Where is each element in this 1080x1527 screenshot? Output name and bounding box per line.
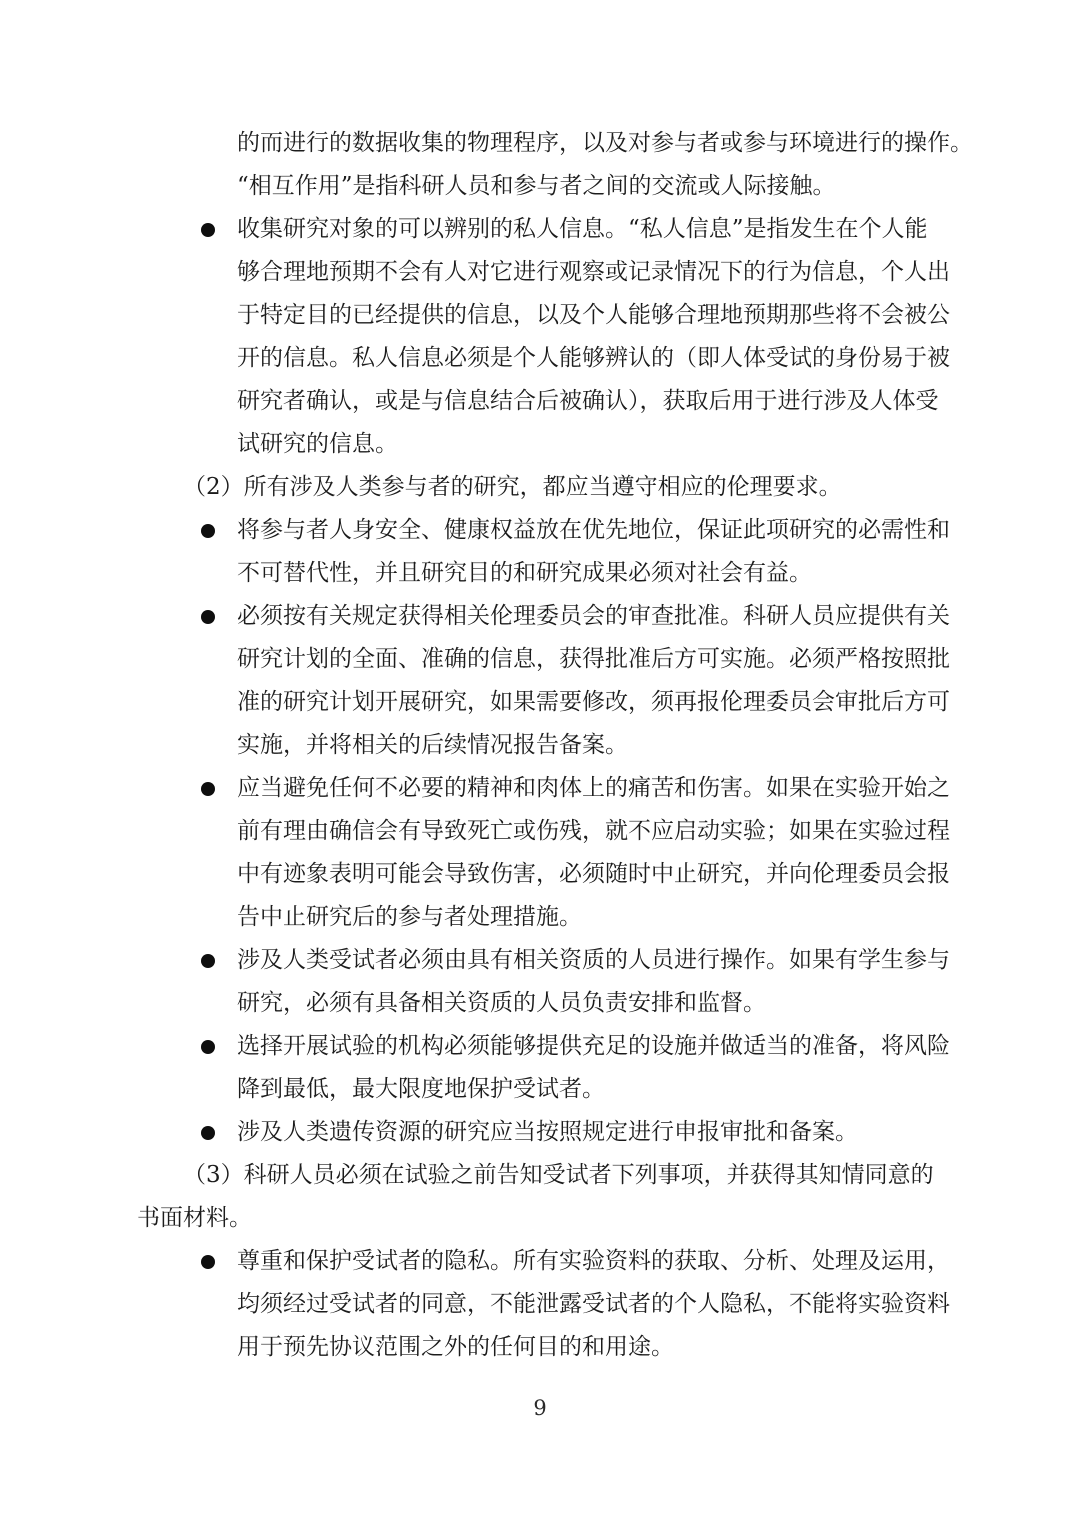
text-line: 收集研究对象的可以辨别的私人信息。“私人信息”是指发生在个人能 [237, 208, 949, 251]
bullet-item: 涉及人类遗传资源的研究应当按照规定进行申报审批和备案。 [137, 1111, 949, 1154]
bullet-icon [201, 1040, 215, 1054]
text-line: 尊重和保护受试者的隐私。所有实验资料的获取、分析、处理及运用， [237, 1240, 949, 1283]
text-line: 均须经过受试者的同意，不能泄露受试者的个人隐私，不能将实验资料 [237, 1283, 949, 1326]
text-line: 必须按有关规定获得相关伦理委员会的审查批准。科研人员应提供有关 [237, 595, 949, 638]
text-line: （3）科研人员必须在试验之前告知受试者下列事项，并获得其知情同意的 [137, 1154, 949, 1197]
numbered-paragraph: （2）所有涉及人类参与者的研究，都应当遵守相应的伦理要求。 [137, 466, 949, 509]
bullet-icon [201, 524, 215, 538]
text-line: 选择开展试验的机构必须能够提供充足的设施并做适当的准备，将风险 [237, 1025, 949, 1068]
text-line: 用于预先协议范围之外的任何目的和用途。 [237, 1326, 949, 1369]
bullet-icon [201, 1255, 215, 1269]
bullet-item: 涉及人类受试者必须由具有相关资质的人员进行操作。如果有学生参与研究，必须有具备相… [137, 939, 949, 1025]
text-line: 开的信息。私人信息必须是个人能够辨认的（即人体受试的身份易于被 [237, 337, 949, 380]
text-line: 研究，必须有具备相关资质的人员负责安排和监督。 [237, 982, 949, 1025]
text-line: 中有迹象表明可能会导致伤害，必须随时中止研究，并向伦理委员会报 [237, 853, 949, 896]
page-number: 9 [0, 1396, 1080, 1420]
text-line: 前有理由确信会有导致死亡或伤残，就不应启动实验；如果在实验过程 [237, 810, 949, 853]
bullet-item: 将参与者人身安全、健康权益放在优先地位，保证此项研究的必需性和不可替代性，并且研… [137, 509, 949, 595]
text-line: 够合理地预期不会有人对它进行观察或记录情况下的行为信息，个人出 [237, 251, 949, 294]
text-line: 涉及人类遗传资源的研究应当按照规定进行申报审批和备案。 [237, 1111, 949, 1154]
text-line: 实施，并将相关的后续情况报告备案。 [237, 724, 949, 767]
text-line: 降到最低，最大限度地保护受试者。 [237, 1068, 949, 1111]
text-line: 的而进行的数据收集的物理程序，以及对参与者或参与环境进行的操作。 [237, 122, 949, 165]
text-line: 不可替代性，并且研究目的和研究成果必须对社会有益。 [237, 552, 949, 595]
text-line: 准的研究计划开展研究，如果需要修改，须再报伦理委员会审批后方可 [237, 681, 949, 724]
bullet-icon [201, 223, 215, 237]
text-line: 书面材料。 [137, 1197, 949, 1240]
bullet-item: 选择开展试验的机构必须能够提供充足的设施并做适当的准备，将风险降到最低，最大限度… [137, 1025, 949, 1111]
bullet-item: 尊重和保护受试者的隐私。所有实验资料的获取、分析、处理及运用，均须经过受试者的同… [137, 1240, 949, 1369]
paragraph-continuation: 的而进行的数据收集的物理程序，以及对参与者或参与环境进行的操作。“相互作用”是指… [137, 122, 949, 208]
bullet-item: 收集研究对象的可以辨别的私人信息。“私人信息”是指发生在个人能够合理地预期不会有… [137, 208, 949, 466]
text-line: 涉及人类受试者必须由具有相关资质的人员进行操作。如果有学生参与 [237, 939, 949, 982]
text-line: 于特定目的已经提供的信息，以及个人能够合理地预期那些将不会被公 [237, 294, 949, 337]
bullet-icon [201, 954, 215, 968]
text-line: 研究者确认，或是与信息结合后被确认），获取后用于进行涉及人体受 [237, 380, 949, 423]
text-line: 试研究的信息。 [237, 423, 949, 466]
text-line: 研究计划的全面、准确的信息，获得批准后方可实施。必须严格按照批 [237, 638, 949, 681]
bullet-item: 必须按有关规定获得相关伦理委员会的审查批准。科研人员应提供有关研究计划的全面、准… [137, 595, 949, 767]
text-line: 应当避免任何不必要的精神和肉体上的痛苦和伤害。如果在实验开始之 [237, 767, 949, 810]
document-body: 的而进行的数据收集的物理程序，以及对参与者或参与环境进行的操作。“相互作用”是指… [137, 122, 949, 1369]
text-line: 将参与者人身安全、健康权益放在优先地位，保证此项研究的必需性和 [237, 509, 949, 552]
bullet-item: 应当避免任何不必要的精神和肉体上的痛苦和伤害。如果在实验开始之前有理由确信会有导… [137, 767, 949, 939]
bullet-icon [201, 782, 215, 796]
bullet-icon [201, 610, 215, 624]
numbered-paragraph: （3）科研人员必须在试验之前告知受试者下列事项，并获得其知情同意的书面材料。 [137, 1154, 949, 1240]
text-line: 告中止研究后的参与者处理措施。 [237, 896, 949, 939]
text-line: （2）所有涉及人类参与者的研究，都应当遵守相应的伦理要求。 [137, 466, 949, 509]
text-line: “相互作用”是指科研人员和参与者之间的交流或人际接触。 [237, 165, 949, 208]
bullet-icon [201, 1126, 215, 1140]
document-page: 的而进行的数据收集的物理程序，以及对参与者或参与环境进行的操作。“相互作用”是指… [0, 0, 1080, 1527]
